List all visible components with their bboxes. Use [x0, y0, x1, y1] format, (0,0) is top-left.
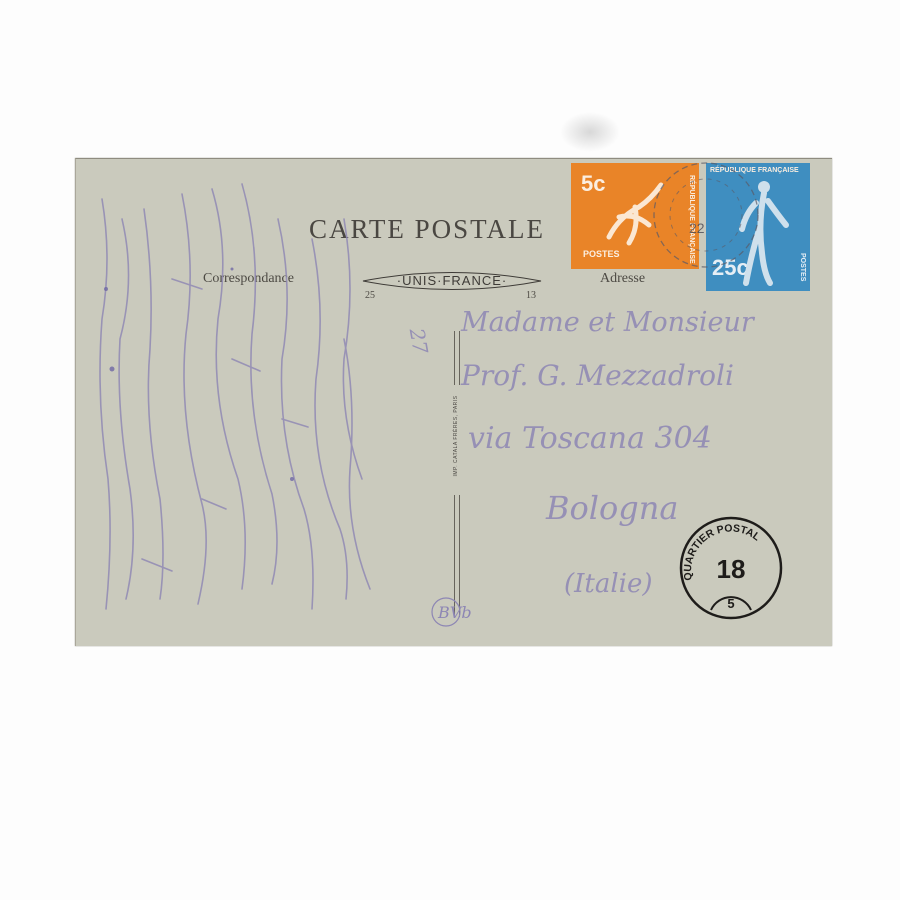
address-line-1: Madame et Monsieur [461, 307, 754, 338]
svg-text:BVb: BVb [437, 603, 472, 622]
address-line-4: Bologna [546, 489, 678, 527]
address-line-3: via Toscana 304 [468, 421, 712, 456]
publisher-mark: ·UNIS·FRANCE· [361, 270, 543, 292]
printer-imprint: IMP. CATALA FRÈRES, PARIS [448, 385, 464, 495]
address-line-5: (Italie) [564, 569, 653, 599]
svg-text:18: 18 [717, 554, 746, 584]
cancellation-postmark: 22 [631, 153, 781, 283]
handwritten-message [82, 179, 372, 639]
printer-text: IMP. CATALA FRÈRES, PARIS [453, 383, 459, 489]
address-line-2: Prof. G. Mezzadroli [461, 359, 734, 392]
stamp-25c-label: POSTES [799, 253, 806, 281]
postcard: CARTE POSTALE Correspondance Adresse ·UN… [75, 158, 832, 646]
svg-text:22: 22 [689, 220, 705, 236]
smudge-mark [560, 112, 620, 152]
annotation-mark: BVb [428, 584, 498, 634]
svg-text:5: 5 [727, 596, 734, 611]
publisher-mark-text: ·UNIS·FRANCE· [361, 273, 543, 288]
date-fragment: 27 [405, 326, 433, 355]
quartier-postal-postmark: QUARTIER POSTAL 18 5 [677, 514, 785, 622]
stamp-5c-label: POSTES [583, 249, 620, 259]
mark-number-right: 13 [526, 290, 536, 301]
